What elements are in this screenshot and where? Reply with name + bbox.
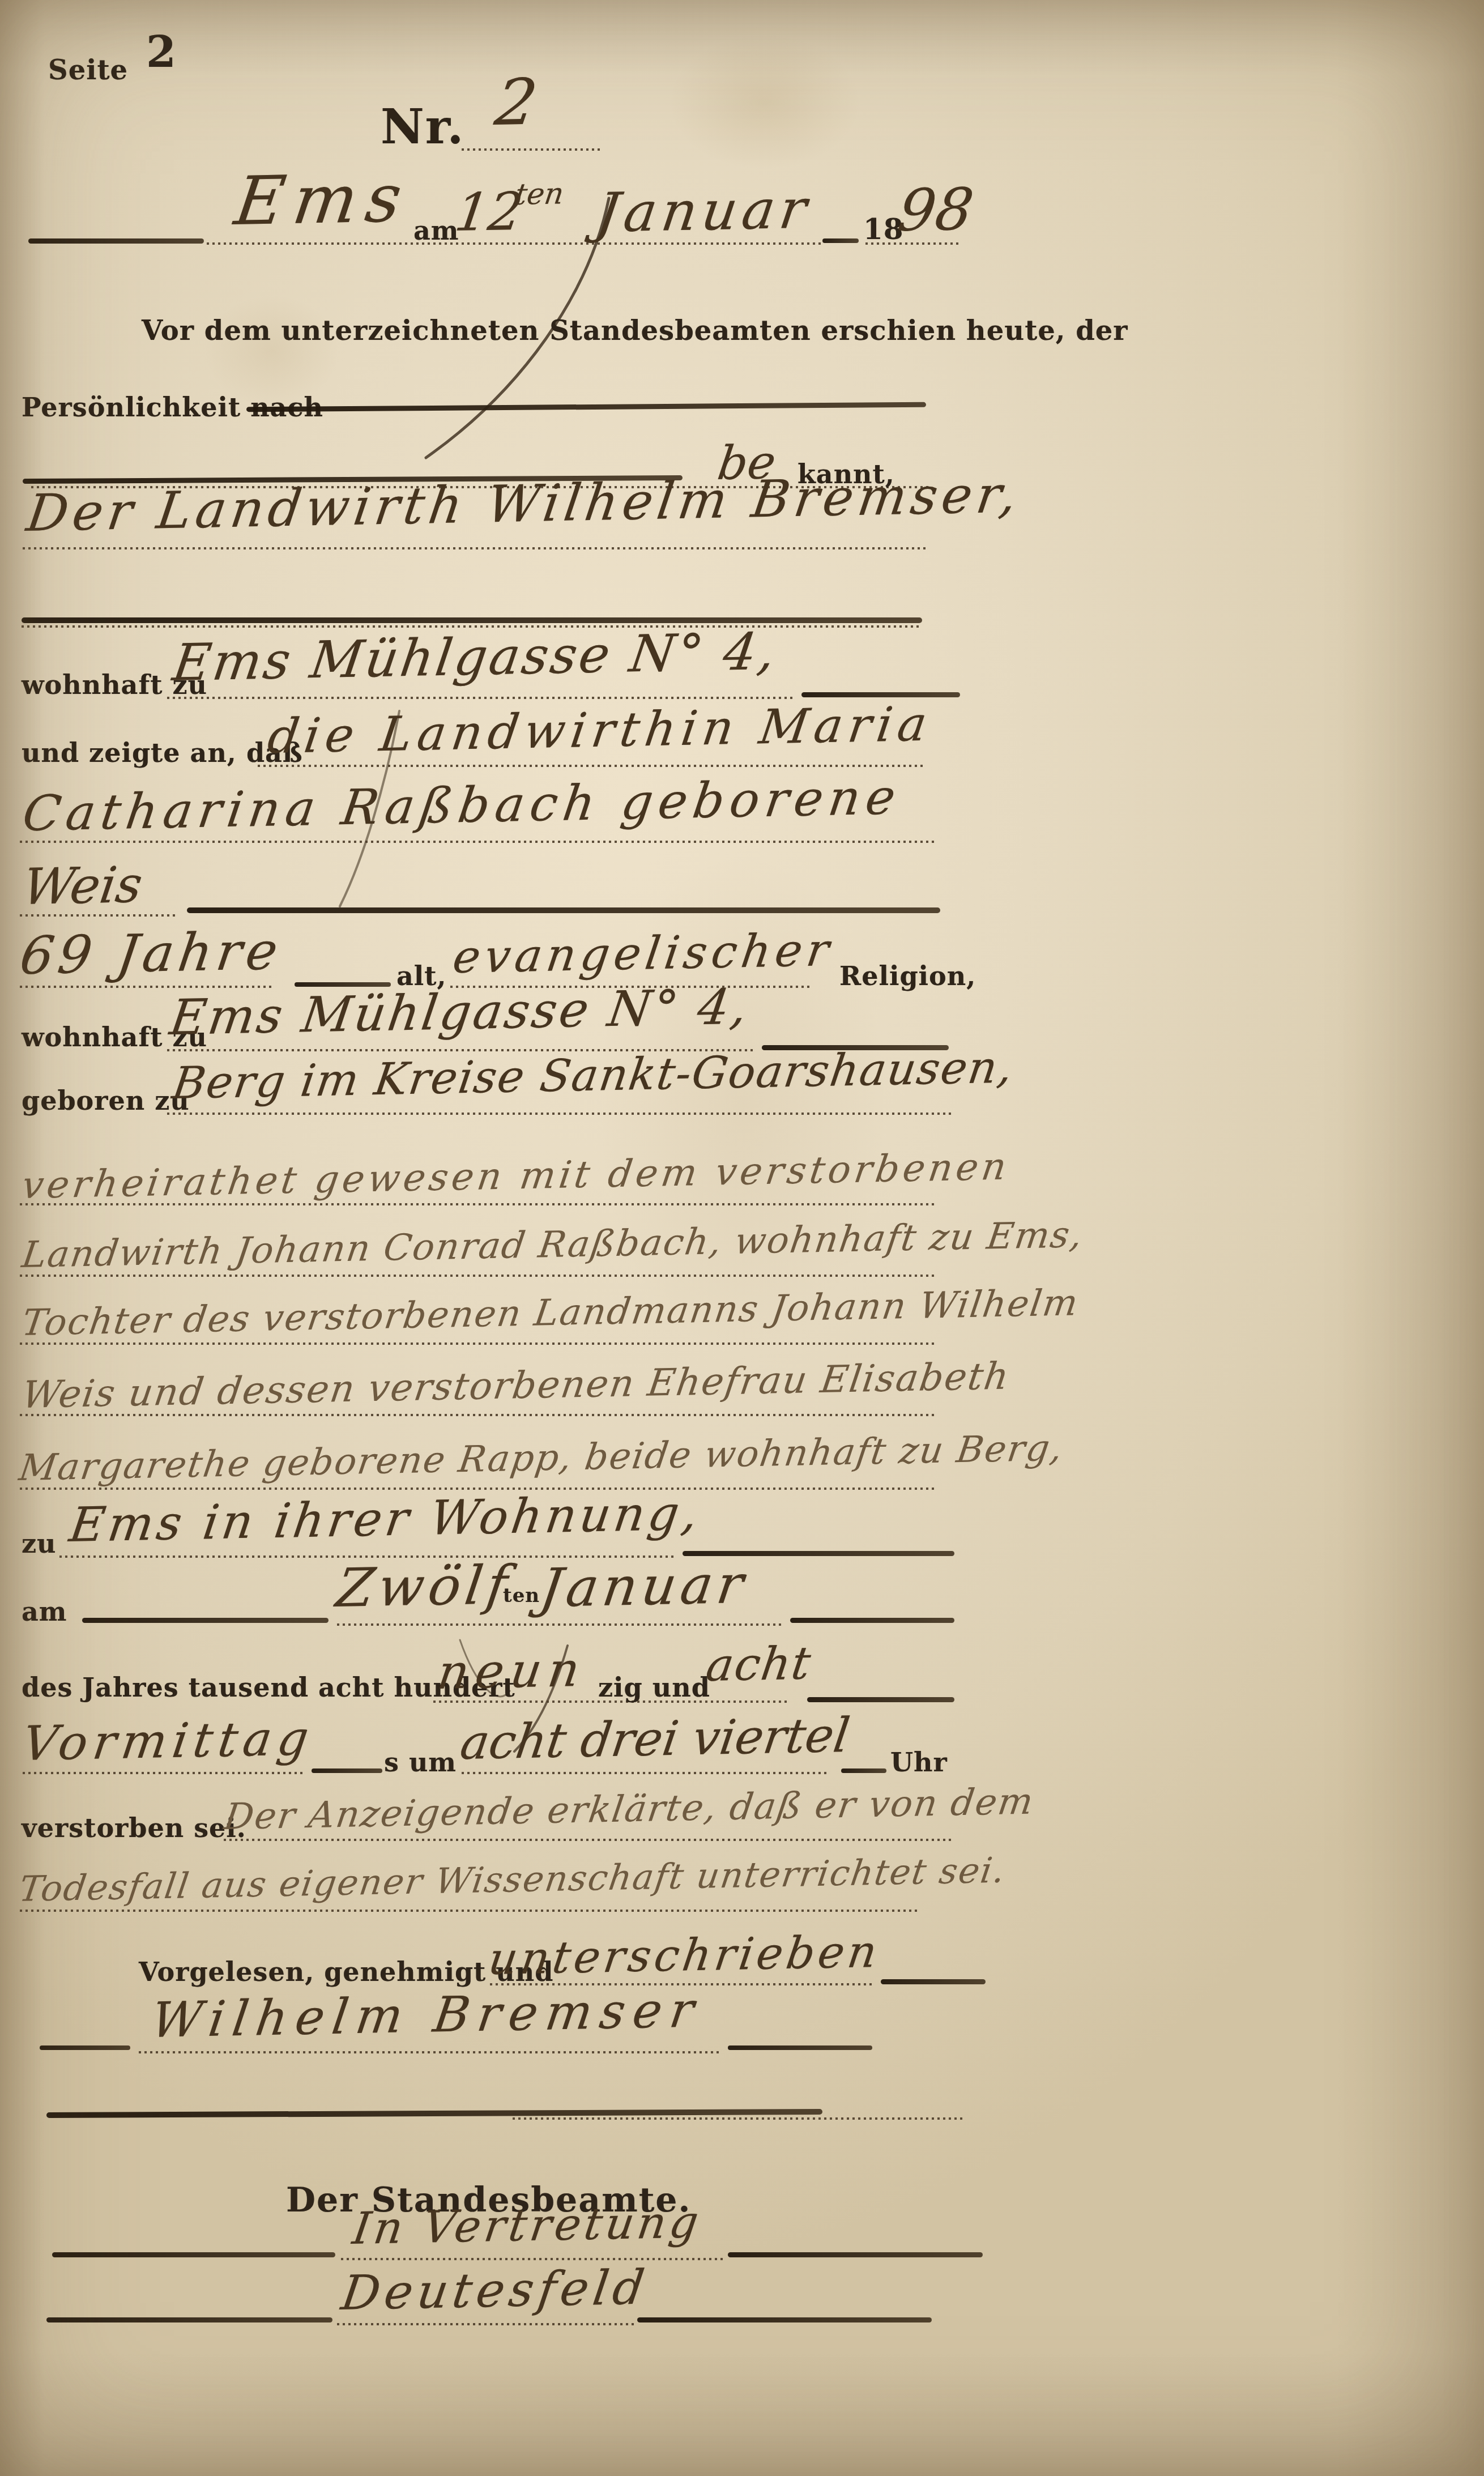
blank-stroke xyxy=(246,402,926,412)
deceased-residence-value: Ems Mühlgasse N° 4, xyxy=(167,982,752,1042)
death-place-label: zu xyxy=(22,1531,57,1557)
blank-stroke xyxy=(82,1618,329,1623)
death-date-fill-line xyxy=(337,1623,784,1626)
registrar-fill-line xyxy=(337,2323,634,2325)
dateline-month: Januar xyxy=(594,182,815,240)
death-time-value: acht drei viertel xyxy=(458,1711,852,1766)
dateline-fill-line xyxy=(207,242,824,245)
closing-manner: unterschrieben xyxy=(486,1930,883,1981)
deceased-age: 69 Jahre xyxy=(17,925,285,982)
notification-line1: die Landwirthin Maria xyxy=(265,700,935,760)
document-page: Seite 2 Nr. 2 Ems am 12 ten Januar 18 98… xyxy=(0,0,1484,2476)
blank-stroke xyxy=(807,1697,954,1702)
death-period: Vormittag xyxy=(20,1714,317,1767)
blank-stroke xyxy=(40,2045,130,2050)
registrar-deputy-note: In Vertretung xyxy=(350,2200,705,2251)
declarant-fill-line xyxy=(23,547,926,549)
birthplace-label: geboren zu xyxy=(22,1088,190,1114)
religion-label: Religion, xyxy=(839,963,976,989)
death-year-tens: neun xyxy=(435,1646,589,1696)
declarant-residence-value: Ems Mühlgasse N° 4, xyxy=(170,627,781,689)
blank-stroke xyxy=(28,238,204,244)
dateline-place: Ems xyxy=(231,164,415,235)
death-year-infix: zig und xyxy=(598,1674,710,1701)
blank-stroke xyxy=(46,2317,332,2322)
parents-line3: Margarethe geborene Rapp, beide wohnhaft… xyxy=(17,1430,1065,1486)
declarant-name-line: Der Landwirth Wilhelm Bremser, xyxy=(24,469,1025,539)
death-year-ones: acht xyxy=(703,1640,815,1688)
record-number-label: Nr. xyxy=(381,103,465,151)
death-date-label: am xyxy=(22,1599,67,1625)
blank-stroke xyxy=(46,2109,822,2118)
notification-fill-line2 xyxy=(20,841,937,843)
blank-stroke xyxy=(22,617,922,623)
marital-line1: verheirathet gewesen mit dem verstorbene… xyxy=(20,1148,1012,1204)
blank-stroke xyxy=(841,1768,886,1773)
death-statement-line2: Todesfall aus eigener Wissenschaft unter… xyxy=(17,1853,1008,1907)
death-statement-label: verstorben sei. xyxy=(22,1815,246,1841)
age-fill-line xyxy=(20,986,275,988)
blank-stroke xyxy=(822,238,859,243)
parents-line1: Tochter des verstorbenen Landmanns Johan… xyxy=(20,1285,1081,1341)
paper-stain xyxy=(668,34,861,170)
notification-fill-line1 xyxy=(258,765,923,767)
identity-label: Persönlichkeit nach xyxy=(22,394,323,420)
birthplace-value: Berg im Kreise Sankt-Goarshausen, xyxy=(170,1046,1016,1106)
death-time-fill-line xyxy=(462,1772,827,1774)
death-period-fill-line xyxy=(23,1772,306,1774)
blank-stroke xyxy=(312,1768,382,1773)
death-time-infix: s um xyxy=(384,1749,457,1775)
registrar-signature: Deutesfeld xyxy=(339,2264,651,2317)
notification-label: und zeigte an, daß xyxy=(22,740,303,766)
dateline-day: 12 xyxy=(452,186,526,239)
blank-stroke xyxy=(637,2317,932,2322)
record-number-line xyxy=(462,148,600,151)
parents-fill-line1 xyxy=(20,1343,937,1345)
dateline-day-suffix: ten xyxy=(513,179,566,210)
blank-stroke xyxy=(790,1618,954,1623)
parents-line2: Weis und dessen verstorbenen Ehefrau Eli… xyxy=(20,1358,1012,1414)
blank-stroke xyxy=(52,2252,335,2257)
blank-stroke xyxy=(187,907,940,913)
deputy-fill-line xyxy=(341,2258,726,2260)
page-number: 2 xyxy=(146,31,177,74)
death-day-suffix: ten xyxy=(503,1586,540,1605)
parents-fill-line2 xyxy=(20,1414,937,1416)
residence1-fill-line xyxy=(167,697,796,699)
blank-stroke xyxy=(728,2252,983,2257)
statement-fill-line1 xyxy=(224,1839,952,1841)
death-day-value: Zwölf xyxy=(333,1559,515,1616)
death-place-value: Ems in ihrer Wohnung, xyxy=(67,1489,704,1549)
paper-stain xyxy=(204,295,340,408)
blank-stroke xyxy=(728,2045,872,2050)
dateline-year: 98 xyxy=(895,181,976,240)
blank-fill-line2 xyxy=(513,2117,963,2120)
death-statement-line1: Der Anzeigende erklärte, daß er von dem xyxy=(222,1784,1036,1835)
statement-fill-line2 xyxy=(20,1910,918,1912)
record-number-value: 2 xyxy=(492,71,541,135)
intro-text: Vor dem unterzeichneten Standesbeamten e… xyxy=(142,317,1128,344)
marital-fill-line2 xyxy=(20,1275,937,1277)
death-month-value: Januar xyxy=(537,1558,751,1616)
signature-fill-line xyxy=(139,2051,722,2053)
birthplace-fill-line xyxy=(167,1113,954,1115)
death-time-unit: Uhr xyxy=(890,1749,948,1775)
blank-stroke xyxy=(881,1979,986,1984)
notification-line2: Catharina Raßbach geborene xyxy=(20,773,904,838)
declarant-signature: Wilhelm Bremser xyxy=(148,1985,705,2045)
marital-line2: Landwirth Johann Conrad Raßbach, wohnhaf… xyxy=(20,1217,1086,1273)
notification-line3: Weis xyxy=(20,860,145,912)
page-label: Seite xyxy=(48,57,128,84)
deceased-religion: evangelischer xyxy=(450,927,836,980)
